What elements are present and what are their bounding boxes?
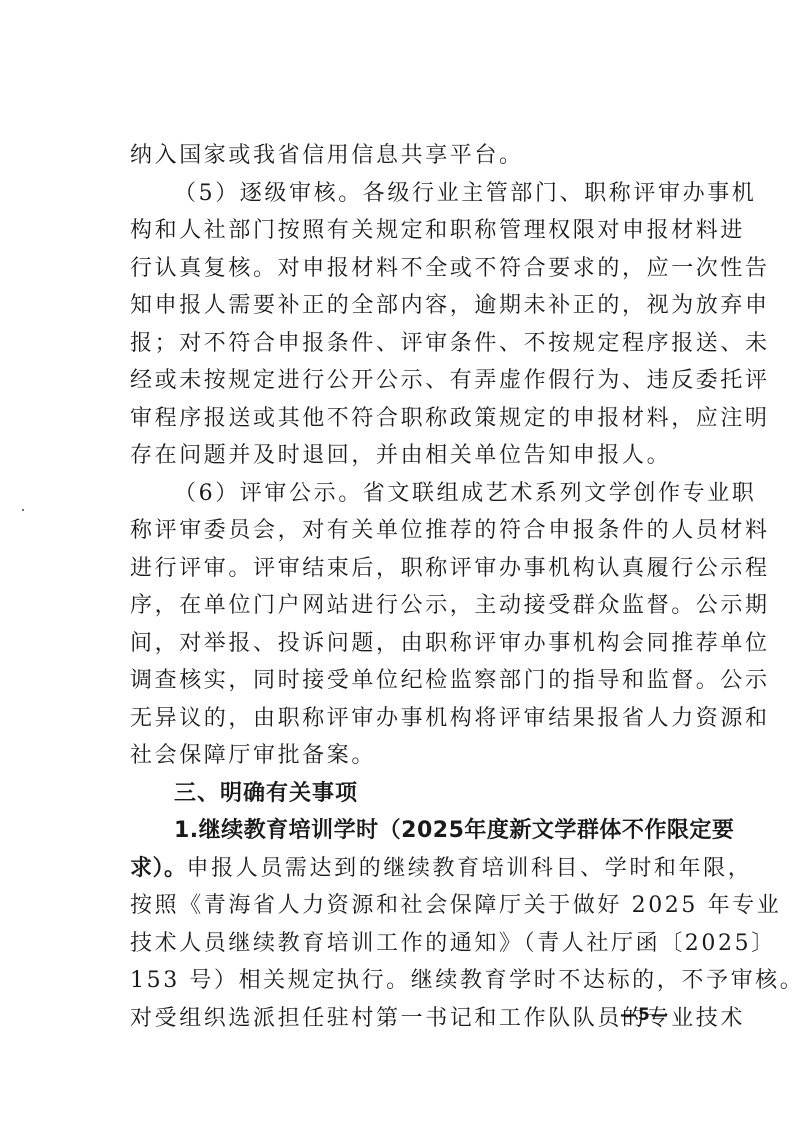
- paragraph-6-line: 称评审委员会，对有关单位推荐的符合申报条件的人员材料: [130, 512, 670, 550]
- paragraph-5-line: （5）逐级审核。各级行业主管部门、职称评审办事机: [130, 175, 670, 213]
- item-1-line: 求）。申报人员需达到的继续教育培训科目、学时和年限，: [130, 850, 670, 888]
- paragraph-line: 纳入国家或我省信用信息共享平台。: [130, 137, 670, 175]
- item-1-title: 1.继续教育培训学时（2025年度新文学群体不作限定要: [130, 812, 670, 850]
- paragraph-5-line: 行认真复核。对申报材料不全或不符合要求的，应一次性告: [130, 250, 670, 288]
- paragraph-5-line: 存在问题并及时退回，并由相关单位告知申报人。: [130, 437, 670, 475]
- scan-artifact-dot: [22, 509, 24, 511]
- paragraph-6-line: 社会保障厅审批备案。: [130, 737, 670, 775]
- paragraph-6-line: 进行评审。评审结束后，职称评审办事机构认真履行公示程: [130, 550, 670, 588]
- item-1-line: 按照《青海省人力资源和社会保障厅关于做好 2025 年专业: [130, 887, 670, 925]
- document-body: 纳入国家或我省信用信息共享平台。 （5）逐级审核。各级行业主管部门、职称评审办事…: [130, 137, 670, 1037]
- item-1-line: 技术人员继续教育培训工作的通知》（青人社厅函〔2025〕: [130, 925, 670, 963]
- document-page: 纳入国家或我省信用信息共享平台。 （5）逐级审核。各级行业主管部门、职称评审办事…: [0, 0, 793, 1122]
- paragraph-6-line: 无异议的，由职称评审办事机构将评审结果报省人力资源和: [130, 700, 670, 738]
- item-1-line: 对受组织选派担任驻村第一书记和工作队队员的专业技术: [130, 1000, 670, 1038]
- item-1-text: 申报人员需达到的继续教育培训科目、学时和年限，: [187, 856, 753, 881]
- paragraph-5-line: 报；对不符合申报条件、评审条件、不按规定程序报送、未: [130, 325, 670, 363]
- paragraph-6-line: 间，对举报、投诉问题，由职称评审办事机构会同推荐单位: [130, 625, 670, 663]
- paragraph-5-line: 知申报人需要补正的全部内容，逾期未补正的，视为放弃申: [130, 287, 670, 325]
- paragraph-5-line: 审程序报送或其他不符合职称政策规定的申报材料，应注明: [130, 400, 670, 438]
- section-heading: 三、明确有关事项: [130, 775, 670, 813]
- item-1-title-end: 求）。: [130, 856, 187, 881]
- paragraph-6-line: 序，在单位门户网站进行公示，主动接受群众监督。公示期: [130, 587, 670, 625]
- paragraph-5-line: 经或未按规定进行公开公示、有弄虚作假行为、违反委托评: [130, 362, 670, 400]
- paragraph-5-line: 构和人社部门按照有关规定和职称管理权限对申报材料进: [130, 212, 670, 250]
- item-1-line: 153 号）相关规定执行。继续教育学时不达标的，不予审核。: [130, 962, 670, 1000]
- paragraph-6-line: （6）评审公示。省文联组成艺术系列文学创作专业职: [130, 475, 670, 513]
- page-number: —5—: [620, 1005, 669, 1025]
- paragraph-6-line: 调查核实，同时接受单位纪检监察部门的指导和监督。公示: [130, 662, 670, 700]
